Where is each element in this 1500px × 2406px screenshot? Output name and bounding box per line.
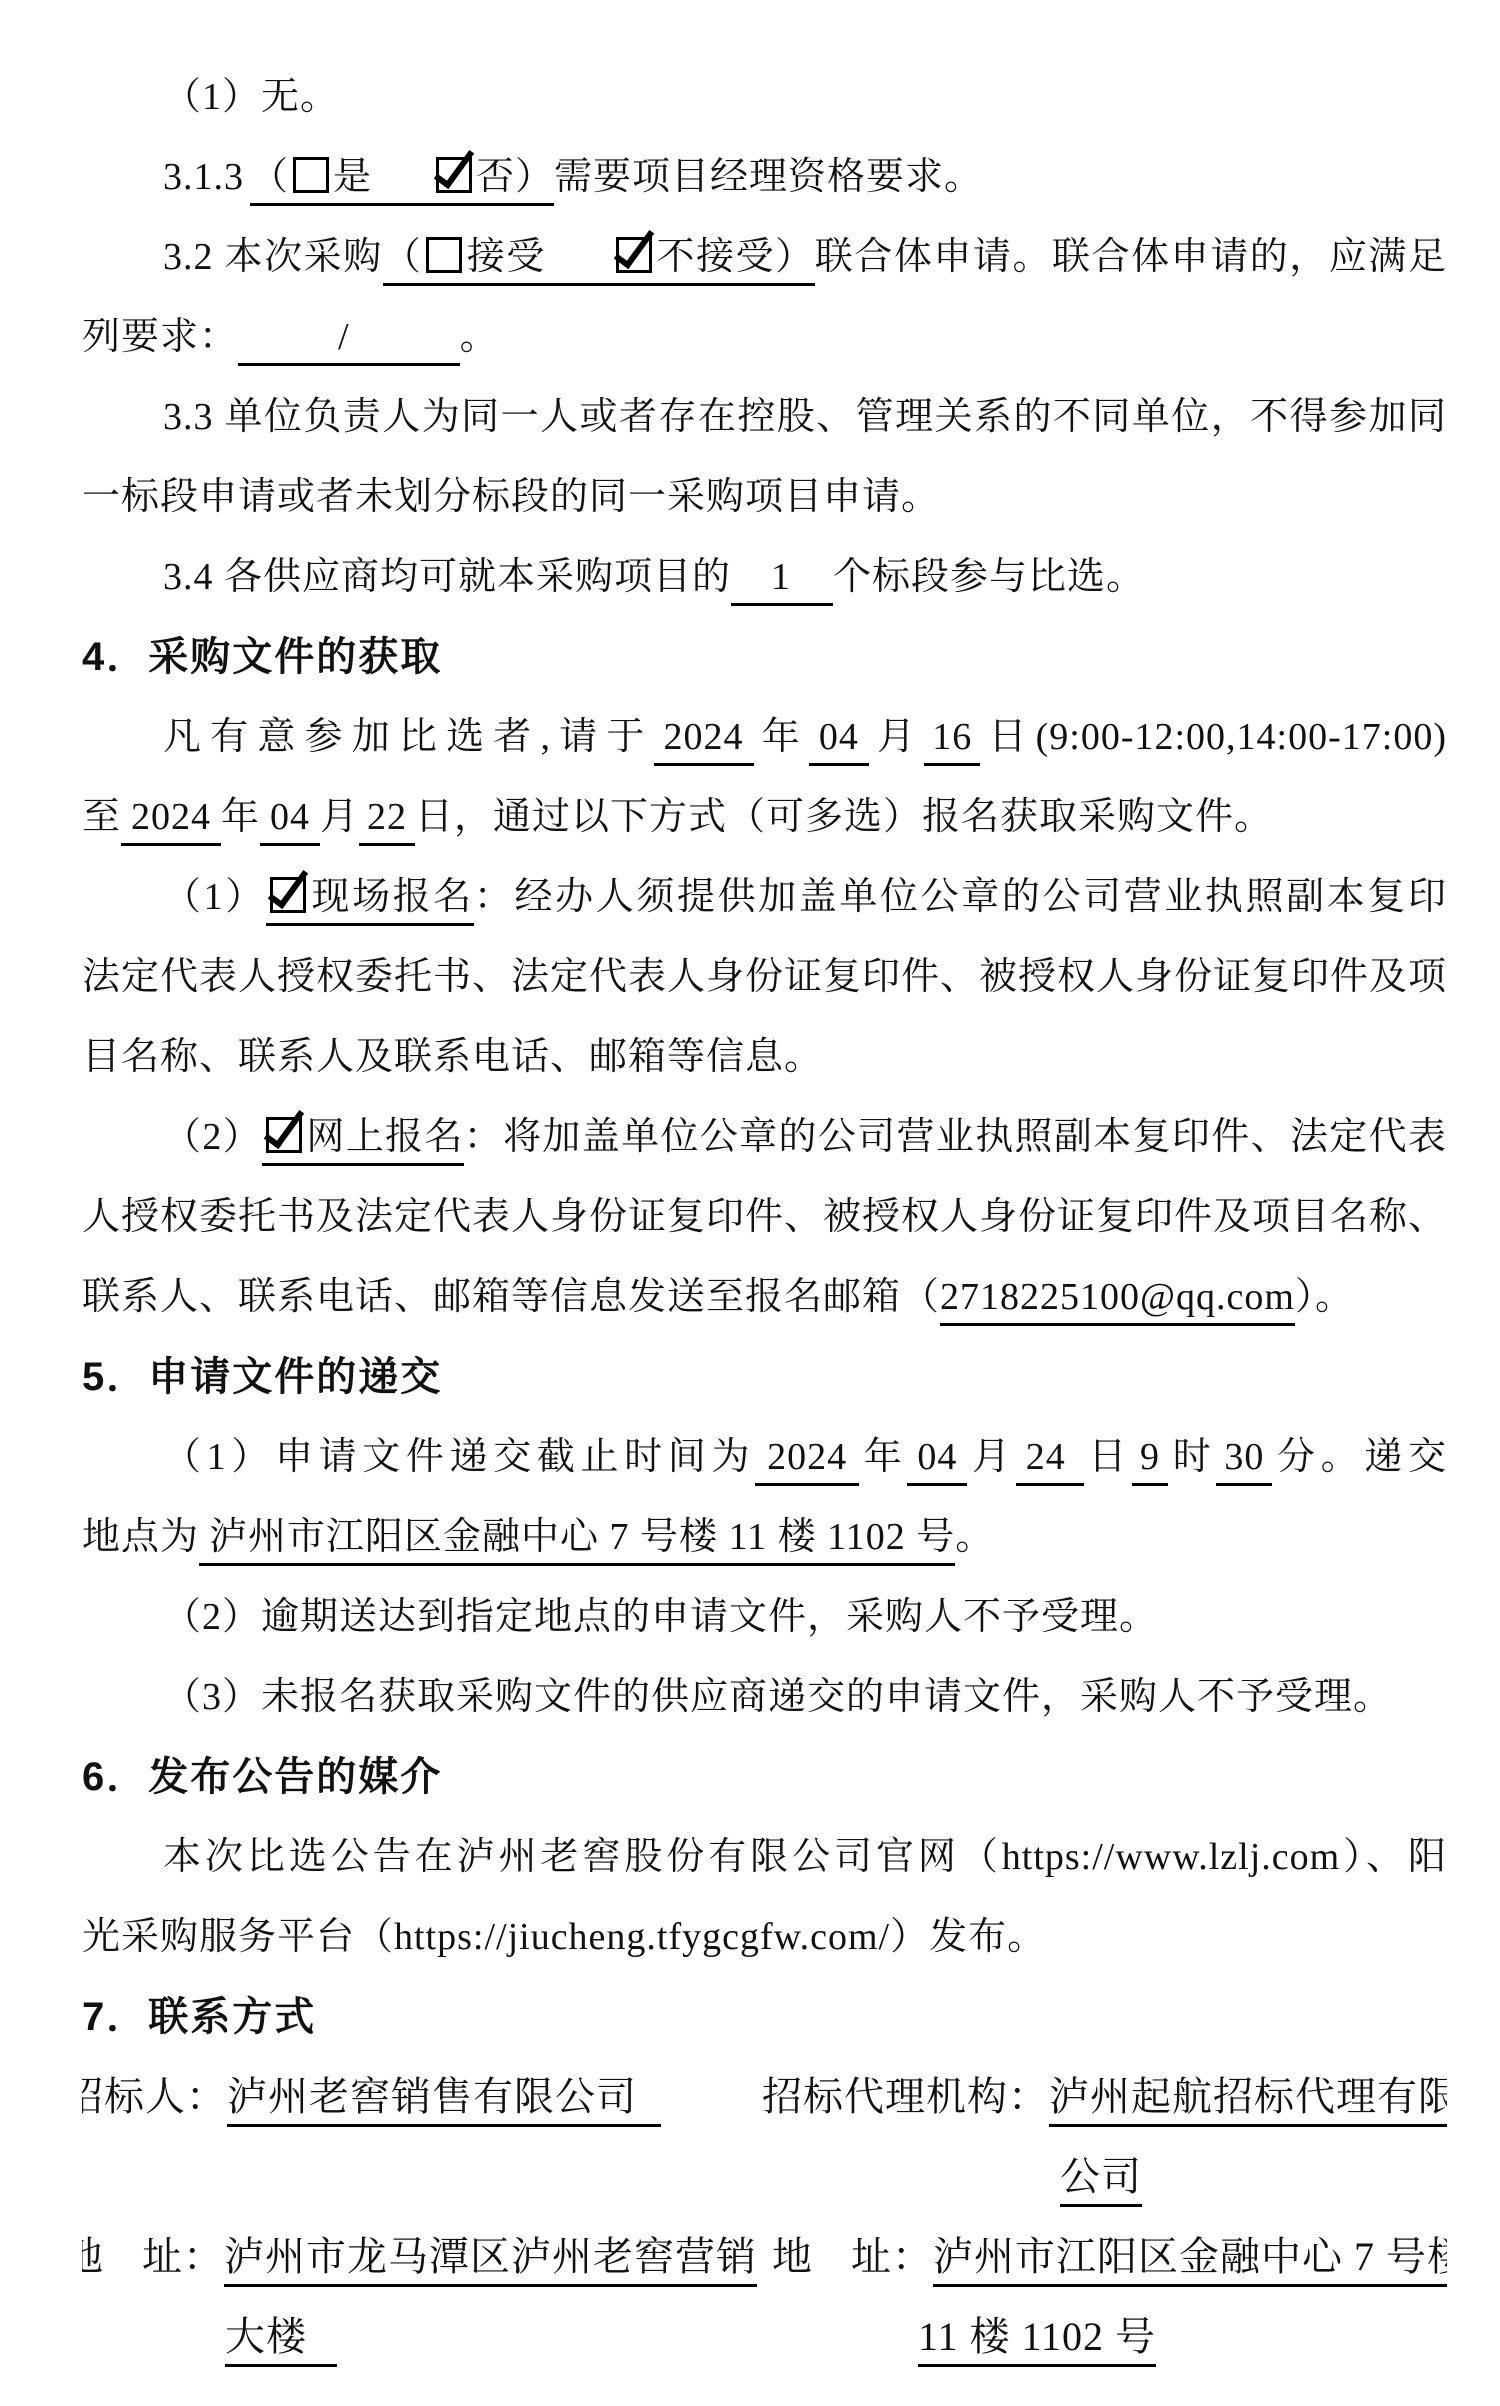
blank-space <box>546 268 612 269</box>
blank-space <box>1016 1468 1026 1469</box>
empty-checkbox-icon <box>426 237 462 273</box>
blank-space <box>847 1468 859 1469</box>
underlined-blank: （接受不接受） <box>383 236 815 286</box>
text-line: 本次比选公告在泸州老窖股份有限公司官网（https://www.lzlj.com… <box>82 1817 1447 1897</box>
contact-column: 11 楼 1102 号 <box>918 2297 1156 2377</box>
empty-checkbox-icon <box>293 157 329 193</box>
underlined-blank: 24 <box>1016 1436 1084 1486</box>
blank-space <box>199 1548 209 1549</box>
underlined-blank: 2024 <box>755 1436 859 1486</box>
text-line: 光采购服务平台（https://jiucheng.tfygcgfw.com/）发… <box>82 1897 1447 1977</box>
underlined-blank: 30 <box>1216 1436 1272 1486</box>
underlined-blank: 9 <box>1132 1436 1168 1486</box>
blank-space <box>350 348 460 349</box>
text-line: 3.3 单位负责人为同一人或者存在控股、管理关系的不同单位，不得参加同 <box>82 377 1447 457</box>
text-line: （2）逾期送达到指定地点的申请文件，采购人不予受理。 <box>82 1577 1447 1657</box>
blank-space <box>907 1468 917 1469</box>
blank-space <box>1160 1468 1168 1469</box>
section-heading: 4．采购文件的获取 <box>82 617 1447 697</box>
underlined-blank: 1 <box>731 556 833 606</box>
blank-space <box>744 748 754 749</box>
underlined-blank: 16 <box>924 716 980 766</box>
blank-space <box>791 588 833 589</box>
blank-space <box>307 2349 337 2350</box>
text-line: 列要求：/。 <box>82 297 1447 377</box>
contact-column: 公司 <box>1060 2137 1142 2217</box>
contact-column: 地址：泸州市龙马潭区泸州老窖营销 <box>82 2217 757 2297</box>
blank-space <box>972 748 980 749</box>
blank-space <box>310 828 320 829</box>
text-line: 法定代表人授权委托书、法定代表人身份证复印件、被授权人身份证复印件及项 <box>82 937 1447 1017</box>
underlined-blank: 11 楼 1102 号 <box>918 2314 1156 2367</box>
underlined-blank: 2718225100@qq.com <box>940 1276 1295 1326</box>
blank-space <box>211 828 221 829</box>
text-line: 3.2 本次采购（接受不接受）联合体申请。联合体申请的，应满足下 <box>82 217 1447 297</box>
text-line: 大楼11 楼 1102 号 <box>82 2297 1447 2377</box>
checked-checkbox-icon <box>266 1117 302 1153</box>
text-line: 一标段申请或者未划分标段的同一采购项目申请。 <box>82 457 1447 537</box>
underlined-blank: 04 <box>260 796 320 846</box>
blank-space <box>260 828 270 829</box>
text-line: 人授权委托书及法定代表人身份证复印件、被授权人身份证复印件及项目名称、 <box>82 1177 1447 1257</box>
blank-space <box>755 1468 767 1469</box>
section-heading: 7．联系方式 <box>82 1977 1447 2057</box>
underlined-blank: / <box>238 316 460 366</box>
underlined-blank: 大楼 <box>225 2314 337 2367</box>
blank-space <box>407 828 415 829</box>
underlined-blank: 现场报名 <box>266 876 474 926</box>
document-lines: （1）无。3.1.3（是否）需要项目经理资格要求。3.2 本次采购（接受不接受）… <box>0 0 1500 2377</box>
contact-column: 大楼 <box>225 2297 337 2377</box>
blank-space <box>637 2109 661 2110</box>
text-line: 地址：泸州市龙马潭区泸州老窖营销地址：泸州市江阳区金融中心 7 号楼 <box>82 2217 1447 2297</box>
document-page: （1）无。3.1.3（是否）需要项目经理资格要求。3.2 本次采购（接受不接受）… <box>0 0 1500 2406</box>
text-line: （1）无。 <box>82 57 1447 137</box>
text-line: 目名称、联系人及联系电话、邮箱等信息。 <box>82 1017 1447 1097</box>
checked-checkbox-icon <box>436 157 472 193</box>
underlined-blank: 泸州市江阳区金融中心 7 号楼 <box>933 2234 1447 2287</box>
text-line: 3.4 各供应商均可就本采购项目的1个标段参与比选。 <box>82 537 1447 617</box>
underlined-blank: 公司 <box>1060 2154 1142 2207</box>
underlined-blank: 04 <box>809 716 869 766</box>
underlined-blank: 22 <box>359 796 415 846</box>
blank-space <box>372 188 432 189</box>
blank-space <box>957 1468 967 1469</box>
blank-space <box>1066 1468 1084 1469</box>
contact-column: 招标人：泸州老窖销售有限公司 <box>82 2057 661 2137</box>
text-line: （2）网上报名：将加盖单位公章的公司营业执照副本复印件、法定代表 <box>82 1097 1447 1177</box>
blank-space <box>924 748 932 749</box>
contact-column: 招标代理机构：泸州起航招标代理有限 <box>762 2057 1447 2137</box>
blank-space <box>731 588 771 589</box>
text-line: 联系人、联系电话、邮箱等信息发送至报名邮箱（2718225100@qq.com）… <box>82 1257 1447 1337</box>
text-line: （3）未报名获取采购文件的供应商递交的申请文件，采购人不予受理。 <box>82 1657 1447 1737</box>
underlined-blank: 2024 <box>121 796 221 846</box>
blank-space <box>1264 1468 1272 1469</box>
text-line: （1）现场报名：经办人须提供加盖单位公章的公司营业执照副本复印件、 <box>82 857 1447 937</box>
text-line: 招标人：泸州老窖销售有限公司招标代理机构：泸州起航招标代理有限 <box>82 2057 1447 2137</box>
section-heading: 5．申请文件的递交 <box>82 1337 1447 1417</box>
blank-space <box>359 828 367 829</box>
blank-space <box>1132 1468 1140 1469</box>
blank-space <box>813 2269 851 2270</box>
text-line: 公司 <box>82 2137 1447 2217</box>
text-line: （1）申请文件递交截止时间为2024年04月24日9时30分。递交 <box>82 1417 1447 1497</box>
blank-space <box>859 748 869 749</box>
text-line: 至2024年04月22日，通过以下方式（可多选）报名获取采购文件。 <box>82 777 1447 857</box>
blank-space <box>654 748 664 749</box>
underlined-blank: 04 <box>907 1436 967 1486</box>
text-line: 3.1.3（是否）需要项目经理资格要求。 <box>82 137 1447 217</box>
contact-column: 地址：泸州市江阳区金融中心 7 号楼 <box>772 2217 1447 2297</box>
underlined-blank: 泸州起航招标代理有限 <box>1049 2074 1447 2127</box>
text-line: 地点为泸州市江阳区金融中心 7 号楼 11 楼 1102 号。 <box>82 1497 1447 1577</box>
underlined-blank: 泸州老窖销售有限公司 <box>227 2074 661 2127</box>
underlined-blank: （是否） <box>250 156 554 206</box>
blank-space <box>238 348 338 349</box>
blank-space <box>104 2269 142 2270</box>
blank-space <box>121 828 131 829</box>
underlined-blank: 2024 <box>654 716 754 766</box>
section-heading: 6．发布公告的媒介 <box>82 1737 1447 1817</box>
underlined-blank: 网上报名 <box>262 1116 464 1166</box>
underlined-blank: 泸州市江阳区金融中心 7 号楼 11 楼 1102 号 <box>199 1516 955 1566</box>
checked-checkbox-icon <box>270 877 306 913</box>
blank-space <box>809 748 819 749</box>
checked-checkbox-icon <box>616 237 652 273</box>
underlined-blank: 泸州市龙马潭区泸州老窖营销 <box>224 2234 757 2287</box>
text-line: 凡有意参加比选者,请于2024年04月16日(9:00-12:00,14:00-… <box>82 697 1447 777</box>
blank-space <box>1216 1468 1224 1469</box>
